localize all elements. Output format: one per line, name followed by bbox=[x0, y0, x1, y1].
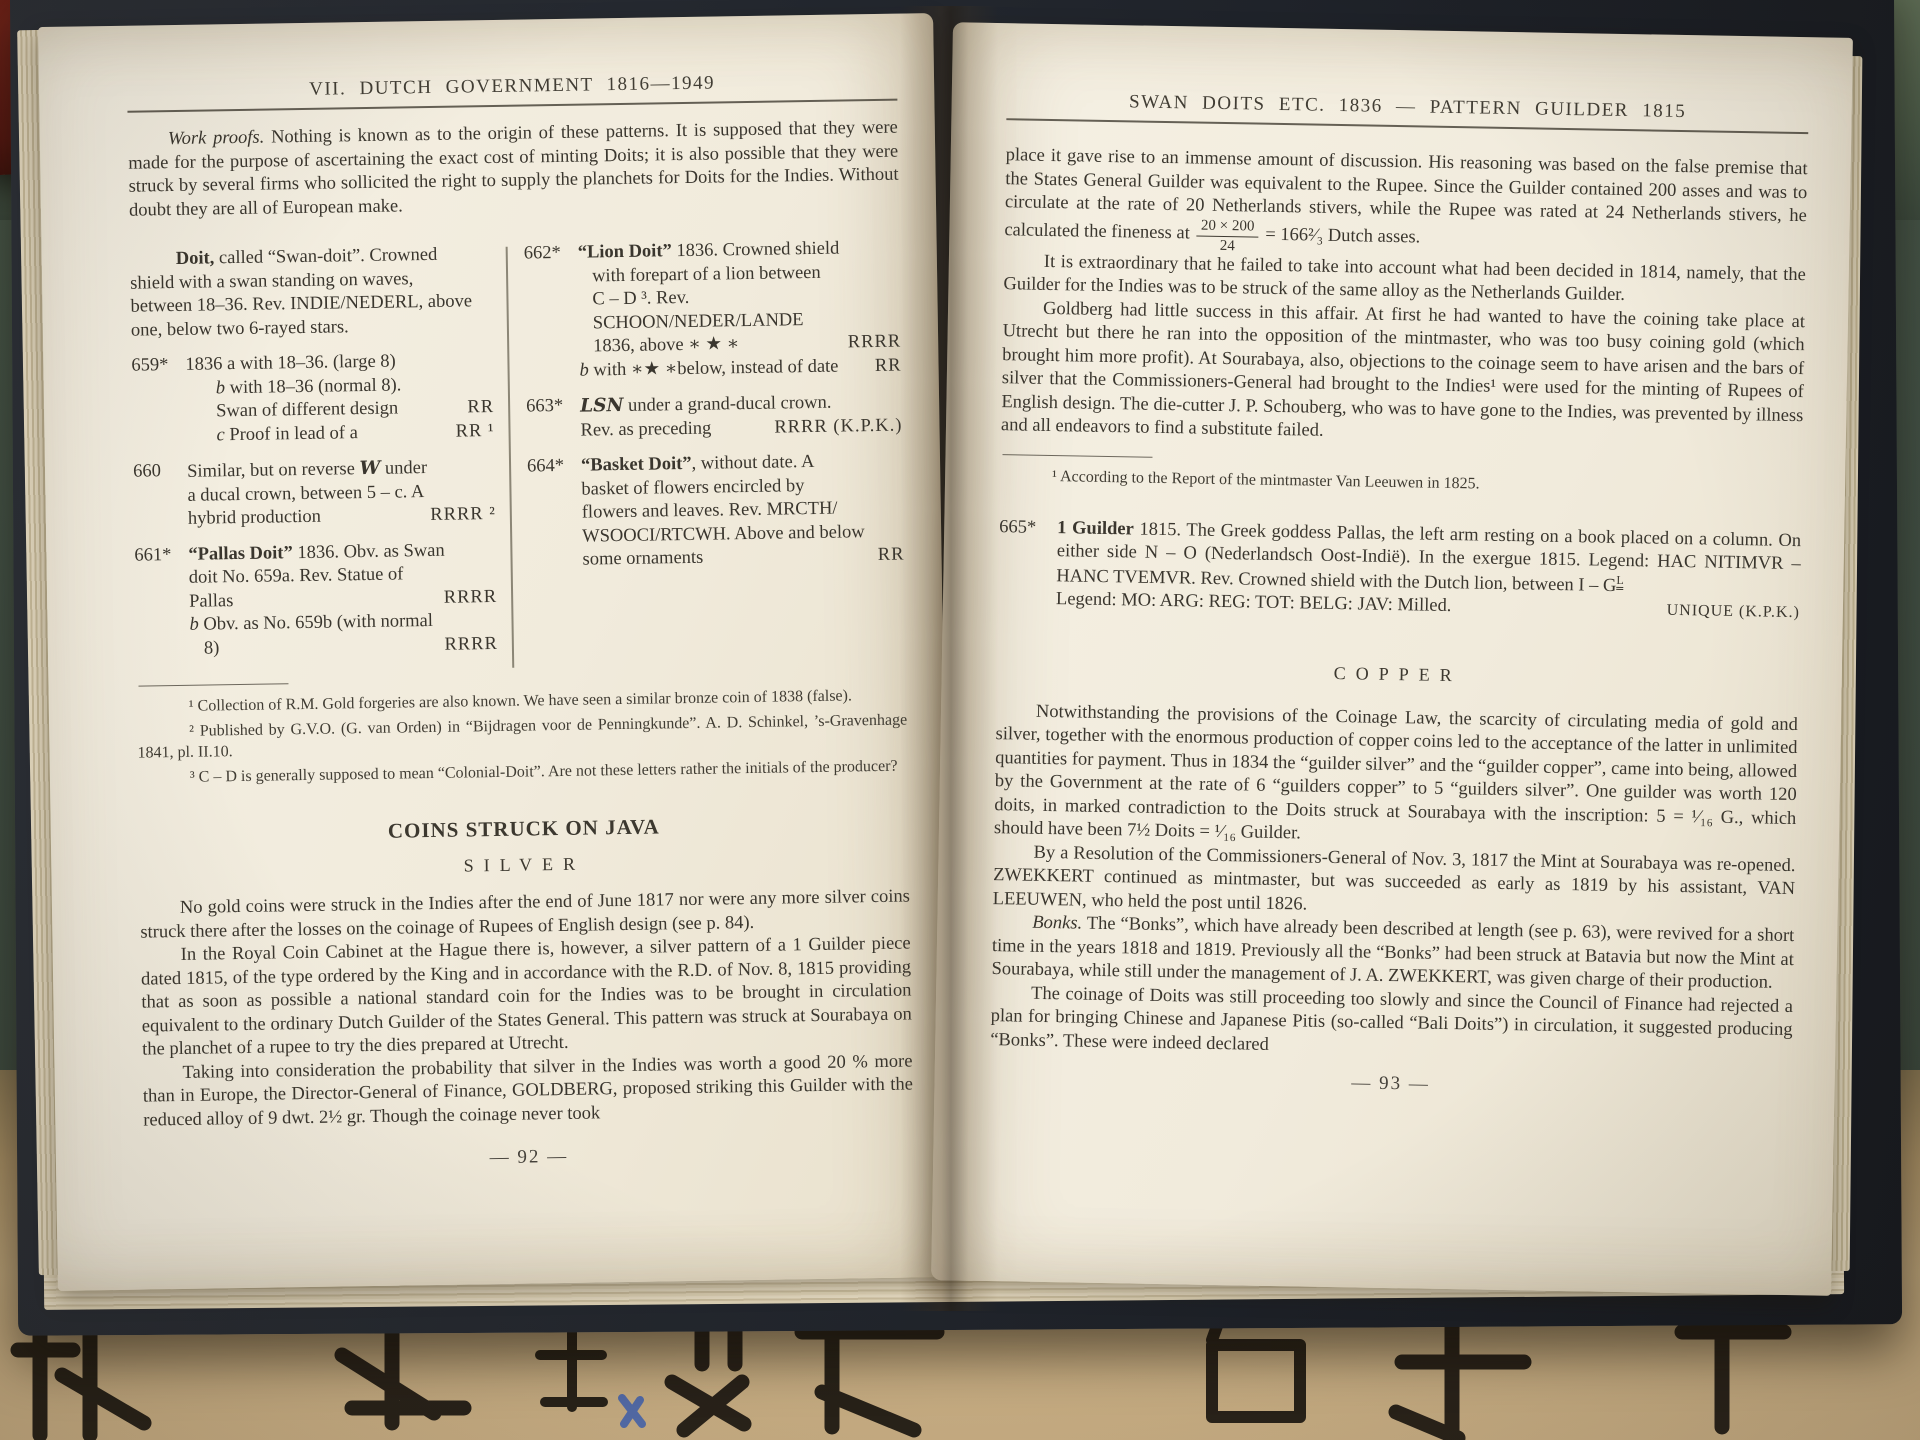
entry-659: 659* 1836 a with 18–36. (large 8) b with… bbox=[131, 349, 494, 449]
rarity-662b: RR bbox=[875, 354, 902, 378]
entry-665-number: 665* bbox=[999, 516, 1036, 540]
entry-660-number: 660 bbox=[133, 460, 161, 484]
rarity-661b: RRRR bbox=[444, 632, 498, 656]
right-paragraph-6: Bonks. The “Bonks”, which have already b… bbox=[991, 911, 1794, 995]
star-ornament-line: 1836, above ∗ ★ ∗ bbox=[593, 333, 739, 359]
rarity-663: RRRR (K.P.K.) bbox=[774, 414, 902, 440]
entry-664-number: 664* bbox=[527, 455, 564, 479]
right-paragraph-1: place it gave rise to an immense amount … bbox=[1004, 144, 1808, 263]
catalog-column-2: 662* “Lion Doit” 1836. Crowned shield wi… bbox=[524, 237, 907, 668]
rarity-659c: RR bbox=[467, 396, 494, 420]
left-running-head: VII. DUTCH GOVERNMENT 1816—1949 bbox=[127, 70, 897, 104]
entry-661: 661* “Pallas Doit” 1836. Obv. as Swan do… bbox=[134, 538, 498, 661]
entry-663-number: 663* bbox=[526, 395, 563, 419]
right-paragraph-3: Goldberg had little success in this affa… bbox=[1001, 297, 1805, 452]
catalog-column-1: Doit, called “Swan-doit”. Crowned shield… bbox=[130, 243, 499, 674]
column-divider-rule bbox=[506, 247, 515, 668]
bonks-lead: Bonks. bbox=[1032, 913, 1082, 934]
entry-660: 660 Similar, but on reverse W under a du… bbox=[133, 455, 496, 532]
entry-doit-intro: Doit, called “Swan-doit”. Crowned shield… bbox=[130, 243, 493, 343]
entry-664: 664* “Basket Doit”, without date. A bask… bbox=[527, 450, 905, 573]
right-page-number: — 93 — bbox=[989, 1066, 1791, 1102]
rarity-660: RRRR ² bbox=[430, 503, 496, 528]
footnote-rule-right bbox=[1003, 454, 1153, 458]
rarity-664: RR bbox=[878, 544, 905, 568]
monogram-LSN: LSN bbox=[580, 395, 624, 417]
fineness-fraction: 20 × 20024 bbox=[1196, 218, 1258, 254]
subsection-heading-silver: SILVER bbox=[139, 849, 909, 882]
entry-663: 663* LSN under a grand-ducal crown. Rev.… bbox=[526, 390, 903, 444]
section-heading-copper: COPPER bbox=[997, 657, 1799, 692]
left-page-number: — 92 — bbox=[144, 1140, 914, 1174]
rarity-659d: RR ¹ bbox=[455, 419, 494, 443]
blue-seal-mark bbox=[622, 1398, 642, 1424]
left-page: VII. DUTCH GOVERNMENT 1816—1949 Work pro… bbox=[38, 13, 953, 1291]
entry-659-number: 659* bbox=[131, 354, 168, 378]
section-heading-java: COINS STRUCK ON JAVA bbox=[139, 811, 909, 848]
entry-662-number: 662* bbox=[524, 242, 561, 266]
entry-661-number: 661* bbox=[134, 544, 171, 568]
monogram-W: W bbox=[359, 458, 380, 479]
rarity-665-unique: UNIQUE (K.P.K.) bbox=[1666, 599, 1800, 625]
rarity-661a: RRRR bbox=[444, 585, 498, 609]
right-footnote-1: ¹ According to the Report of the mintmas… bbox=[1000, 465, 1802, 500]
footnote-rule-left bbox=[138, 683, 288, 686]
left-paragraph-3: Taking into consideration the probabilit… bbox=[142, 1050, 913, 1133]
right-page: SWAN DOITS ETC. 1836 — PATTERN GUILDER 1… bbox=[931, 22, 1853, 1296]
work-proofs-lead: Work proofs. bbox=[168, 128, 265, 150]
entry-662: 662* “Lion Doit” 1836. Crowned shield wi… bbox=[524, 237, 902, 384]
footnote-2: ² Published by G.V.O. (G. van Orden) in … bbox=[137, 710, 908, 764]
rarity-662a: RRRR bbox=[848, 331, 902, 355]
right-paragraph-7: The coinage of Doits was still proceedin… bbox=[990, 982, 1793, 1066]
work-proofs-paragraph: Work proofs. Nothing is known as to the … bbox=[128, 117, 899, 223]
entry-665: 665*1 Guilder 1815. The Greek goddess Pa… bbox=[998, 516, 1801, 602]
catalog-section: Doit, called “Swan-doit”. Crowned shield… bbox=[130, 237, 907, 674]
right-paragraph-4: Notwithstanding the provisions of the Co… bbox=[994, 700, 1798, 855]
left-paragraph-2: In the Royal Coin Cabinet at the Hague t… bbox=[141, 933, 913, 1063]
guilder-superscript: L bbox=[1616, 572, 1624, 589]
